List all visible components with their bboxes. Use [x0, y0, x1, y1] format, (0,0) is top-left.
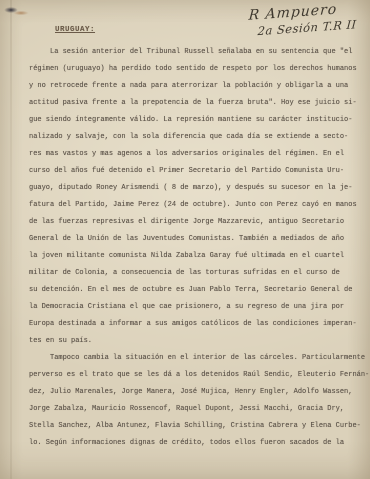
text-line: Tampoco cambia la situación en el interi…: [29, 350, 369, 367]
text-line: su detención. En el mes de octubre es Ju…: [29, 282, 369, 299]
text-line: curso del años fué detenido el Primer Se…: [29, 163, 369, 180]
text-line: guayo, diputado Roney Arismendi ( 8 de m…: [29, 180, 369, 197]
text-line: perverso es el trato que se les dá a los…: [29, 367, 369, 384]
text-line: nalizado y salvaje, con la sola diferenc…: [29, 129, 369, 146]
document-heading: URUGUAY:: [55, 26, 95, 34]
text-line: Stella Sanchez, Alba Antunez, Flavia Sch…: [29, 418, 369, 435]
text-line: res mas vastos y mas agenos a los advers…: [29, 146, 369, 163]
text-line: lo. Según informaciones dignas de crédit…: [29, 435, 369, 452]
text-line: y no retrocede frente a nada para aterro…: [29, 78, 369, 95]
paper-crease: [10, 0, 12, 479]
document-body: La sesión anterior del Tribunal Russell …: [29, 44, 369, 452]
text-line: régimen (uruguayo) ha perdido todo senti…: [29, 61, 369, 78]
text-line: la joven militante comunista Nilda Zabal…: [29, 248, 369, 265]
text-line: fatura del Partido, Jaime Perez (24 de o…: [29, 197, 369, 214]
text-line: La sesión anterior del Tribunal Russell …: [29, 44, 369, 61]
text-line: Europa destinada a informar a sus amigos…: [29, 316, 369, 333]
text-line: Jorge Zabalza, Mauricio Rossencof, Raque…: [29, 401, 369, 418]
handwritten-annotation: R Ampuero 2a Sesión T.R II: [248, 0, 357, 38]
text-line: militar de Colonia, a consecuencia de la…: [29, 265, 369, 282]
ink-smudge: [4, 5, 30, 17]
text-line: dez, Julio Marenales, Jorge Manera, José…: [29, 384, 369, 401]
text-line: de las fuerzas represivas el dirigente J…: [29, 214, 369, 231]
document-page: R Ampuero 2a Sesión T.R II URUGUAY: La s…: [0, 0, 370, 479]
text-line: gue siendo íntegramente válido. La repre…: [29, 112, 369, 129]
text-line: actitud pasiva frente a la prepotencia d…: [29, 95, 369, 112]
text-line: la Democracia Cristiana el que cae prisi…: [29, 299, 369, 316]
text-line: General de la Unión de las Juventudes Co…: [29, 231, 369, 248]
text-line: tes en su país.: [29, 333, 369, 350]
